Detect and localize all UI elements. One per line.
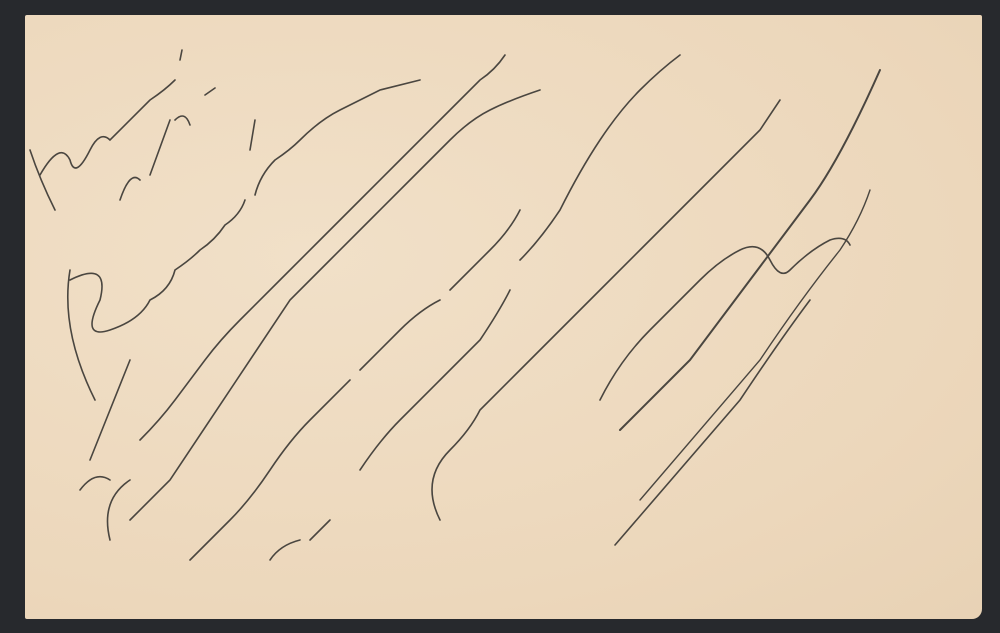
handwriting — [0, 0, 1000, 633]
